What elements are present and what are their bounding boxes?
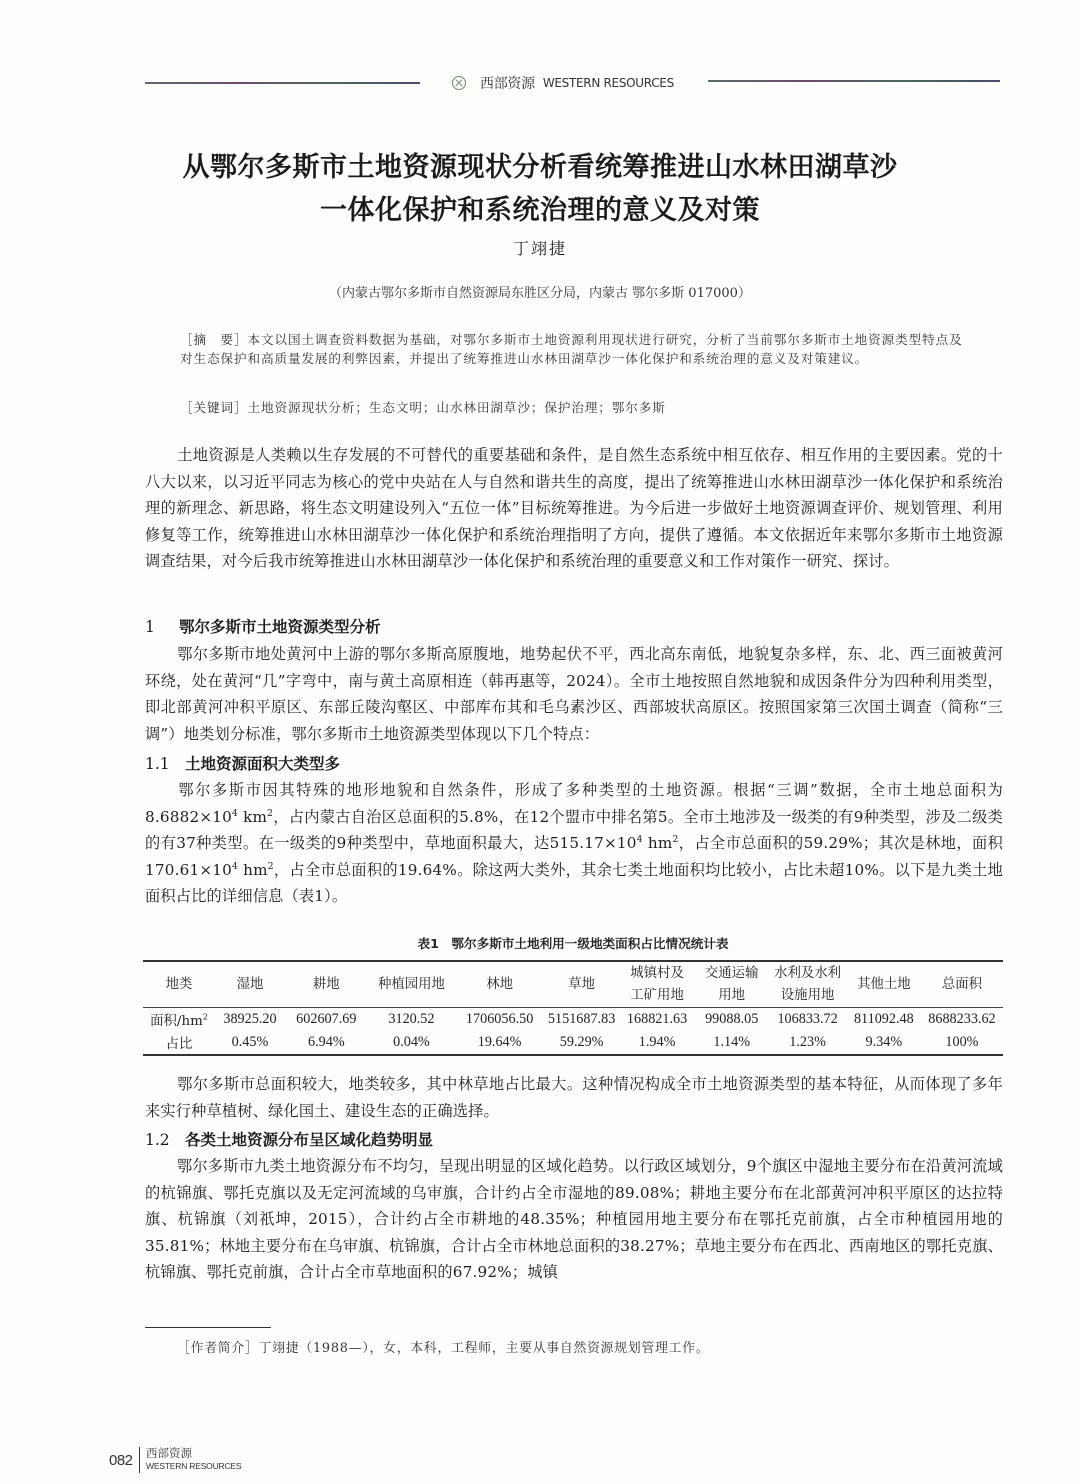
footer-journal-cn: 西部资源 (146, 1448, 241, 1460)
section-title: 鄂尔多斯市土地资源类型分析 (179, 618, 381, 636)
table-cell: 1.23% (768, 1031, 846, 1055)
table-row-share: 占比 0.45% 6.94% 0.04% 19.64% 59.29% 1.94%… (143, 1031, 1003, 1055)
intro-paragraph-text: 土地资源是人类赖以生存发展的不可替代的重要基础和条件，是自然生态系统中相互依存、… (145, 446, 1003, 570)
section-1-1-paragraph: 鄂尔多斯市因其特殊的地形地貌和自然条件，形成了多种类型的土地资源。根据“三调”数… (145, 777, 1003, 910)
article-title-line2: 一体化保护和系统治理的意义及对策 (0, 188, 1080, 227)
table-cell: 5151687.83 (544, 1008, 619, 1032)
section-title: 土地资源面积大类型多 (185, 755, 340, 773)
table-header-cell: 湿地 (215, 961, 285, 1008)
row-label: 面积/hm2 (143, 1008, 215, 1032)
table-header-cell: 地类 (143, 961, 215, 1008)
journal-header: 西部资源 WESTERN RESOURCES (452, 72, 674, 94)
table-header-cell: 耕地 (285, 961, 368, 1008)
author-bio-footnote: ［作者简介］丁翊捷（1988—），女，本科，工程师，主要从事自然资源规划管理工作… (145, 1337, 709, 1356)
header-rule-right (708, 80, 1000, 82)
table-caption: 表1 鄂尔多斯市土地利用一级地类面积占比情况统计表 (0, 933, 1080, 952)
abstract-text: 本文以国土调查资料数据为基础，对鄂尔多斯市土地资源利用现状进行研究，分析了当前鄂… (180, 332, 963, 366)
keywords-text: 土地资源现状分析；生态文明；山水林田湖草沙；保护治理；鄂尔多斯 (247, 400, 665, 415)
section-title: 各类土地资源分布呈区域化趋势明显 (185, 1131, 433, 1149)
text-part: hm (238, 861, 268, 879)
footer-journal: 西部资源 WESTERN RESOURCES (146, 1448, 241, 1472)
table-cell: 100% (921, 1031, 1003, 1055)
after-table-paragraph: 鄂尔多斯市总面积较大，地类较多，其中林草地占比最大。这种情况构成全市土地资源类型… (145, 1071, 1003, 1124)
after-table-paragraph-text: 鄂尔多斯市总面积较大，地类较多，其中林草地占比最大。这种情况构成全市土地资源类型… (145, 1075, 1003, 1120)
table-cell: 99088.05 (695, 1008, 768, 1032)
table-header-cell: 交通运输用地 (695, 961, 768, 1008)
table-row-area: 面积/hm2 38925.20 602607.69 3120.52 170605… (143, 1008, 1003, 1032)
table-header-cell: 草地 (544, 961, 619, 1008)
table-cell: 602607.69 (285, 1008, 368, 1032)
table-cell: 3120.52 (368, 1008, 455, 1032)
table-cell: 0.45% (215, 1031, 285, 1055)
page-number: 082 (109, 1452, 133, 1469)
page-footer: 082 西部资源 WESTERN RESOURCES (109, 1447, 241, 1473)
journal-name-cn: 西部资源 (480, 73, 535, 93)
table-header-cell: 水利及水利设施用地 (768, 961, 846, 1008)
section-1-paragraph: 鄂尔多斯市地处黄河中上游的鄂尔多斯高原腹地，地势起伏不平，西北高东南低，地貌复杂… (145, 641, 1003, 747)
keywords-label: ［关键词］ (180, 400, 247, 415)
table-cell: 9.34% (847, 1031, 921, 1055)
section-1-paragraph-text: 鄂尔多斯市地处黄河中上游的鄂尔多斯高原腹地，地势起伏不平，西北高东南低，地貌复杂… (145, 645, 1003, 743)
footnote-text: ［作者简介］丁翊捷（1988—），女，本科，工程师，主要从事自然资源规划管理工作… (177, 1341, 709, 1356)
section-1-heading: 1鄂尔多斯市土地资源类型分析 (145, 615, 381, 637)
abstract-label: ［摘 要］ (180, 332, 247, 347)
intro-paragraph: 土地资源是人类赖以生存发展的不可替代的重要基础和条件，是自然生态系统中相互依存、… (145, 442, 1003, 575)
footer-journal-en: WESTERN RESOURCES (146, 1460, 241, 1472)
footnote-rule (145, 1327, 271, 1328)
section-number: 1.2 (145, 1131, 185, 1149)
section-1-1-heading: 1.1土地资源面积大类型多 (145, 752, 340, 774)
table-cell: 6.94% (285, 1031, 368, 1055)
table-cell: 106833.72 (768, 1008, 846, 1032)
table-cell: 1.14% (695, 1031, 768, 1055)
journal-name-en: WESTERN RESOURCES (543, 76, 674, 90)
table-cell: 19.64% (455, 1031, 544, 1055)
row-label: 占比 (143, 1031, 215, 1055)
header-rule-left (145, 82, 420, 84)
table-cell: 168821.63 (619, 1008, 695, 1032)
table-cell: 0.04% (368, 1031, 455, 1055)
section-1-2-heading: 1.2各类土地资源分布呈区域化趋势明显 (145, 1128, 433, 1150)
author-affiliation: （内蒙古鄂尔多斯市自然资源局东胜区分局，内蒙古 鄂尔多斯 017000） (0, 282, 1080, 301)
table-cell: 1706056.50 (455, 1008, 544, 1032)
table-cell: 59.29% (544, 1031, 619, 1055)
text-part: hm (643, 834, 673, 852)
section-number: 1.1 (145, 755, 185, 773)
land-use-table: 地类 湿地 耕地 种植园用地 林地 草地 城镇村及工矿用地 交通运输用地 水利及… (143, 960, 1003, 1056)
table-header-row: 地类 湿地 耕地 种植园用地 林地 草地 城镇村及工矿用地 交通运输用地 水利及… (143, 961, 1003, 1008)
table-cell: 8688233.62 (921, 1008, 1003, 1032)
table-header-cell: 其他土地 (847, 961, 921, 1008)
section-1-2-paragraph-text: 鄂尔多斯市九类土地资源分布不均匀，呈现出明显的区域化趋势。以行政区域划分，9个旗… (145, 1157, 1003, 1281)
table-header-cell: 种植园用地 (368, 961, 455, 1008)
keywords: ［关键词］土地资源现状分析；生态文明；山水林田湖草沙；保护治理；鄂尔多斯 (180, 399, 970, 418)
table-header-cell: 林地 (455, 961, 544, 1008)
section-number: 1 (145, 618, 179, 636)
table-header-cell: 城镇村及工矿用地 (619, 961, 695, 1008)
section-1-2-paragraph: 鄂尔多斯市九类土地资源分布不均匀，呈现出明显的区域化趋势。以行政区域划分，9个旗… (145, 1153, 1003, 1286)
abstract: ［摘 要］本文以国土调查资料数据为基础，对鄂尔多斯市土地资源利用现状进行研究，分… (180, 331, 970, 368)
author-name: 丁翊捷 (0, 236, 1080, 259)
table-cell: 38925.20 (215, 1008, 285, 1032)
text-part: ，占全市总面积的19.64%。除这两大类外，其余七类土地面积均比较小，占比未超1… (145, 861, 1003, 906)
table-cell: 811092.48 (847, 1008, 921, 1032)
table-header-cell: 总面积 (921, 961, 1003, 1008)
western-resources-logo-icon (452, 76, 466, 90)
footer-divider (139, 1447, 141, 1473)
article-title-line1: 从鄂尔多斯市土地资源现状分析看统筹推进山水林田湖草沙 (0, 145, 1080, 184)
text-part: km (238, 808, 267, 826)
table-cell: 1.94% (619, 1031, 695, 1055)
